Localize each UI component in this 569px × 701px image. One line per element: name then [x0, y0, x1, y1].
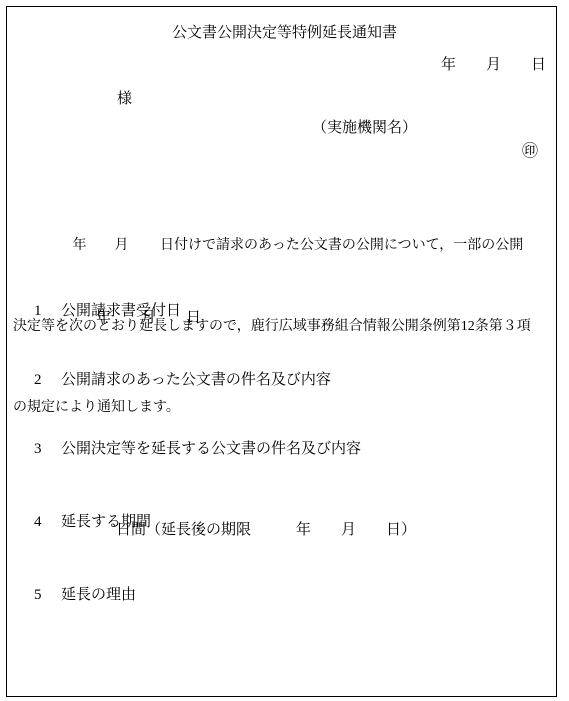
item-number: 2: [34, 372, 61, 389]
body-paragraph-line: 年 月 日付けで請求のあった公文書の公開について，一部の公開: [13, 232, 557, 259]
item-number: 5: [34, 587, 61, 604]
item-number: 3: [34, 441, 61, 458]
issue-date-blanks: 年 月 日: [441, 53, 546, 74]
item-3-extended-document: 3公開決定等を延長する公文書の件名及び内容: [19, 420, 361, 475]
form-title: 公文書公開決定等特例延長通知書: [0, 21, 569, 42]
item-number: 1: [34, 303, 61, 320]
item-label: 延長の理由: [61, 587, 136, 603]
addressee-honorific: 様: [117, 87, 132, 108]
item-2-requested-document: 2公開請求のあった公文書の件名及び内容: [19, 351, 331, 406]
item-1-date-blanks: 年 月 日: [96, 306, 201, 327]
seal-mark-icon: ㊞: [522, 138, 538, 161]
item-label: 公開決定等を延長する公文書の件名及び内容: [61, 441, 361, 457]
item-number: 4: [34, 514, 61, 531]
item-5-extension-reason: 5延長の理由: [19, 566, 136, 621]
item-4-period-blanks: 日間（延長後の期限 年 月 日）: [116, 518, 416, 539]
document-page: 公文書公開決定等特例延長通知書 年 月 日 様 （実施機関名） ㊞ 年 月 日付…: [0, 0, 569, 701]
item-label: 公開請求のあった公文書の件名及び内容: [61, 372, 331, 388]
issuer-org-label: （実施機関名）: [312, 116, 417, 137]
